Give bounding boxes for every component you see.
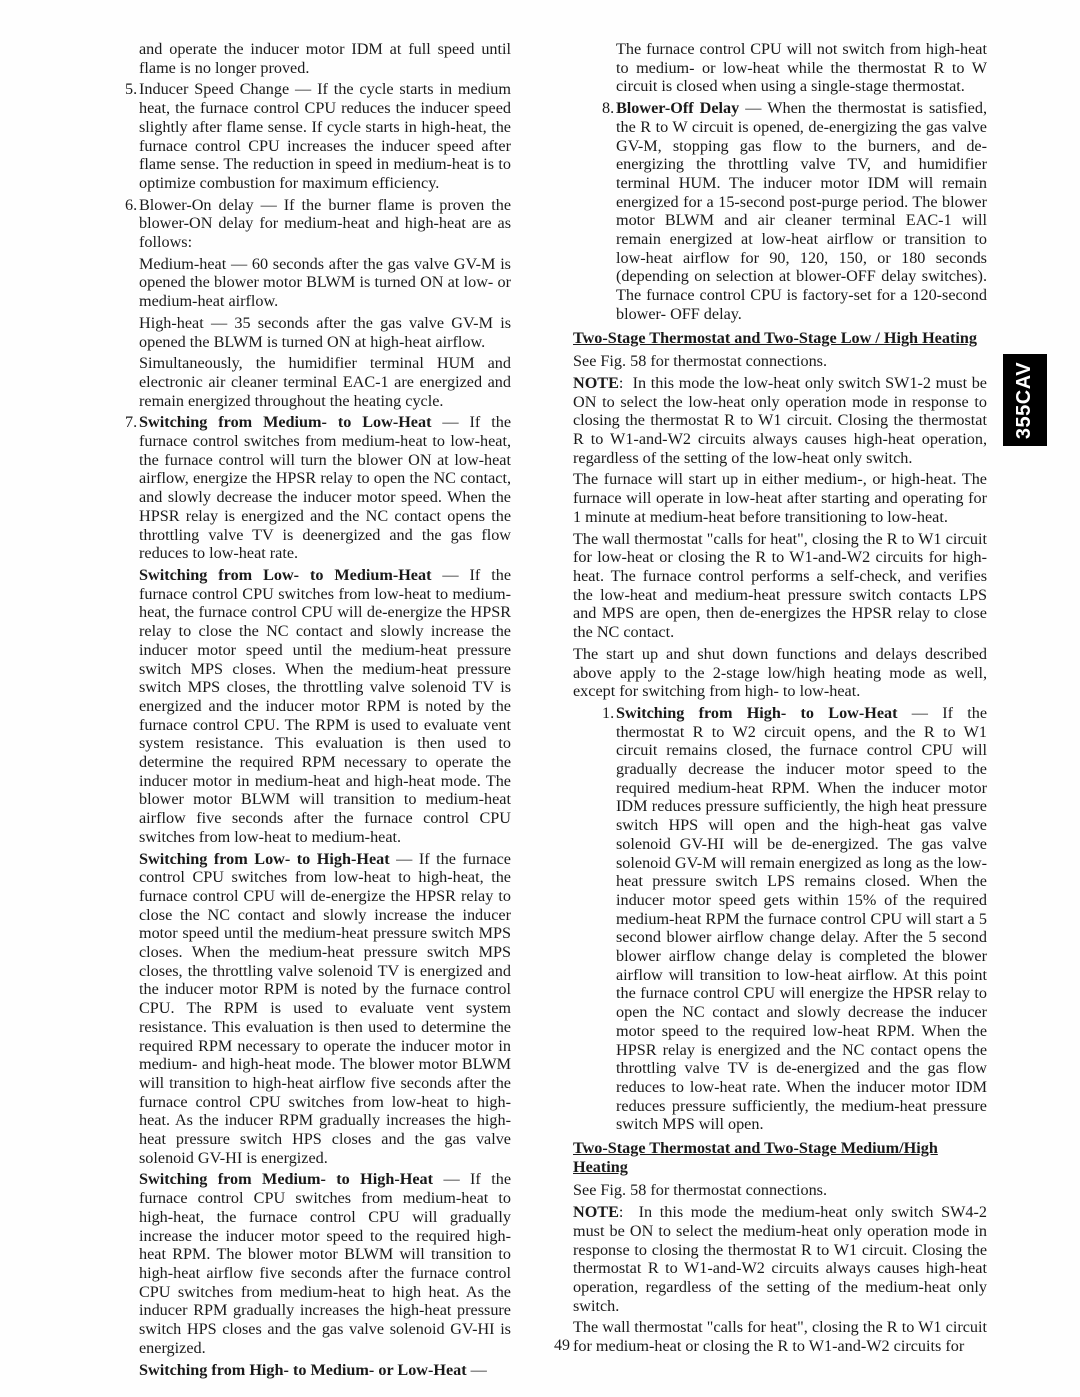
bold-lead: Blower-Off Delay	[616, 99, 739, 117]
paragraph: 8.Blower-Off Delay — When the thermostat…	[573, 99, 987, 323]
bold-lead: Switching from Medium- to Low-Heat	[139, 413, 431, 431]
paragraph: Switching from Medium- to High-Heat — If…	[125, 1170, 511, 1357]
model-side-tab: 355CAV	[1003, 354, 1047, 446]
paragraph: Simultaneously, the humidifier terminal …	[125, 354, 511, 410]
paragraph-text: — If the furnace control CPU switches fr…	[139, 850, 511, 1167]
paragraph: Switching from Low- to High-Heat — If th…	[125, 850, 511, 1168]
paragraph-text: and operate the inducer motor IDM at ful…	[139, 40, 511, 77]
paragraph-text: The wall thermostat "calls for heat", cl…	[573, 1318, 987, 1355]
paragraph: 5.Inducer Speed Change — If the cycle st…	[125, 80, 511, 192]
paragraph: Switching from Low- to Medium-Heat — If …	[125, 566, 511, 847]
paragraph: The start up and shut down functions and…	[573, 645, 987, 701]
model-label: 355CAV	[1014, 361, 1037, 438]
paragraph: See Fig. 58 for thermostat connections.	[573, 1181, 987, 1200]
manual-page: and operate the inducer motor IDM at ful…	[0, 0, 1080, 1397]
paragraph: and operate the inducer motor IDM at ful…	[125, 40, 511, 77]
paragraph-text: The furnace will start up in either medi…	[573, 470, 987, 525]
paragraph: 7.Switching from Medium- to Low-Heat — I…	[125, 413, 511, 563]
paragraph: Medium-heat — 60 seconds after the gas v…	[125, 255, 511, 311]
paragraph: The furnace control CPU will not switch …	[573, 40, 987, 96]
paragraph-text: — If the furnace control switches from m…	[139, 413, 511, 562]
right-column: The furnace control CPU will not switch …	[573, 40, 987, 1359]
bold-lead: Switching from Medium- to High-Heat	[139, 1170, 433, 1188]
paragraph-text: — If the furnace control CPU switches fr…	[139, 1170, 511, 1356]
item-number: 6.	[125, 196, 137, 215]
left-column: and operate the inducer motor IDM at ful…	[125, 40, 511, 1382]
paragraph-text: — When the thermostat is satisfied, the …	[616, 99, 987, 323]
bold-lead: Switching from Low- to High-Heat	[139, 850, 390, 868]
paragraph: 6.Blower-On delay — If the burner flame …	[125, 196, 511, 252]
paragraph: NOTE: In this mode the low-heat only swi…	[573, 374, 987, 468]
item-number: 1.	[602, 704, 614, 723]
paragraph: The wall thermostat "calls for heat", cl…	[573, 530, 987, 642]
paragraph-text: Two-Stage Thermostat and Two-Stage Mediu…	[573, 1139, 938, 1176]
item-number: 7.	[125, 413, 137, 432]
bold-lead: Switching from Low- to Medium-Heat	[139, 566, 431, 584]
bold-lead: NOTE	[573, 1203, 619, 1221]
paragraph: 1.Switching from High- to Low-Heat — If …	[573, 704, 987, 1134]
paragraph-text: See Fig. 58 for thermostat connections.	[573, 1181, 827, 1199]
paragraph-text: Two-Stage Thermostat and Two-Stage Low /…	[573, 329, 977, 347]
bold-lead: NOTE	[573, 374, 619, 392]
paragraph-text: Medium-heat — 60 seconds after the gas v…	[139, 255, 511, 310]
page-number: 49	[554, 1337, 570, 1355]
paragraph-text: See Fig. 58 for thermostat connections.	[573, 352, 827, 370]
paragraph-text: : In this mode the medium-heat only swit…	[573, 1203, 987, 1315]
bold-lead: Switching from High- to Low-Heat	[616, 704, 898, 722]
paragraph-text: Blower-On delay — If the burner flame is…	[139, 196, 511, 251]
item-number: 8.	[602, 99, 614, 118]
paragraph-text: The start up and shut down functions and…	[573, 645, 987, 700]
section-heading: Two-Stage Thermostat and Two-Stage Low /…	[573, 329, 987, 348]
paragraph: See Fig. 58 for thermostat connections.	[573, 352, 987, 371]
paragraph: High-heat — 35 seconds after the gas val…	[125, 314, 511, 351]
paragraph-text: : In this mode the low-heat only switch …	[573, 374, 987, 467]
paragraph-text: The wall thermostat "calls for heat", cl…	[573, 530, 987, 642]
section-heading: Two-Stage Thermostat and Two-Stage Mediu…	[573, 1139, 987, 1176]
bold-lead: Switching from High- to Medium- or Low-H…	[139, 1361, 467, 1379]
paragraph: The furnace will start up in either medi…	[573, 470, 987, 526]
paragraph: The wall thermostat "calls for heat", cl…	[573, 1318, 987, 1355]
paragraph-text: Inducer Speed Change — If the cycle star…	[139, 80, 511, 192]
paragraph-text: Simultaneously, the humidifier terminal …	[139, 354, 511, 409]
item-number: 5.	[125, 80, 137, 99]
paragraph-text: High-heat — 35 seconds after the gas val…	[139, 314, 511, 351]
paragraph: Switching from High- to Medium- or Low-H…	[125, 1361, 511, 1380]
paragraph-text: — If the thermostat R to W2 circuit open…	[616, 704, 987, 1133]
paragraph-text: The furnace control CPU will not switch …	[616, 40, 987, 95]
paragraph: NOTE: In this mode the medium-heat only …	[573, 1203, 987, 1315]
paragraph-text: — If the furnace control CPU switches fr…	[139, 566, 511, 846]
paragraph-text: —	[467, 1361, 487, 1379]
